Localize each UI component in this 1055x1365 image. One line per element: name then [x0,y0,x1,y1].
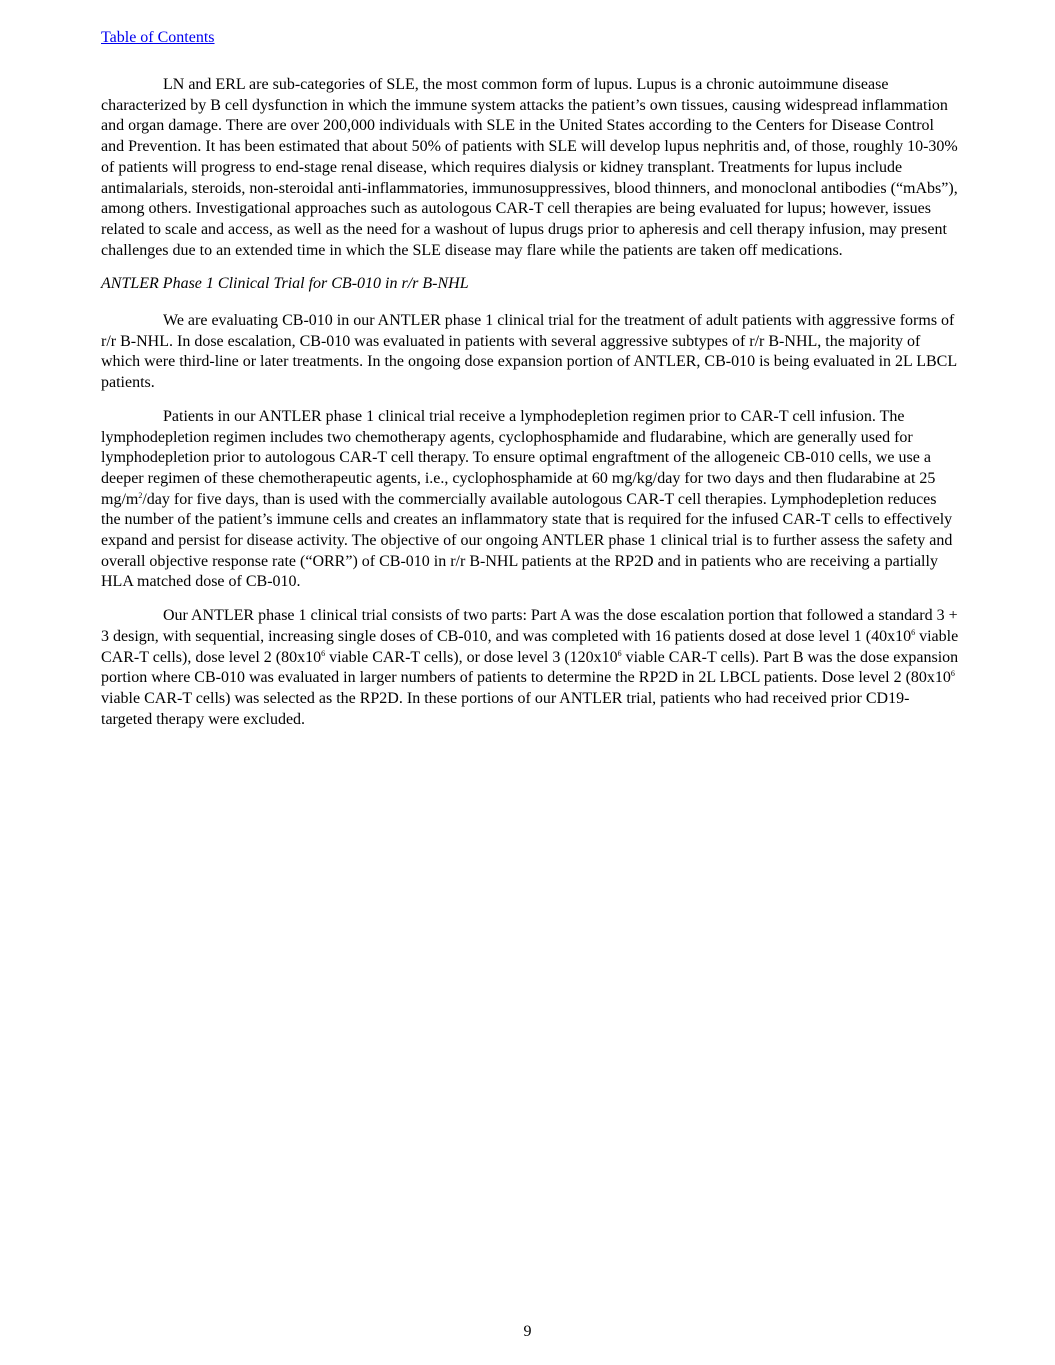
trial-parts-paragraph: Our ANTLER phase 1 clinical trial consis… [101,606,959,730]
text-run: viable CAR-T cells), or dose level 3 (12… [325,649,618,666]
section-heading-antler: ANTLER Phase 1 Clinical Trial for CB-010… [101,274,959,295]
table-of-contents-link[interactable]: Table of Contents [101,28,215,48]
text-run: Our ANTLER phase 1 clinical trial consis… [101,607,958,645]
text-run: viable CAR-T cells) was selected as the … [101,690,909,728]
text-run: /day for five days, than is used with th… [101,491,952,591]
superscript: 6 [951,669,955,678]
lupus-paragraph: LN and ERL are sub-categories of SLE, th… [101,75,959,261]
lymphodepletion-paragraph: Patients in our ANTLER phase 1 clinical … [101,407,959,593]
antler-evaluation-paragraph: We are evaluating CB-010 in our ANTLER p… [101,311,959,394]
page-number: 9 [0,1322,1055,1342]
document-body: LN and ERL are sub-categories of SLE, th… [101,75,959,743]
